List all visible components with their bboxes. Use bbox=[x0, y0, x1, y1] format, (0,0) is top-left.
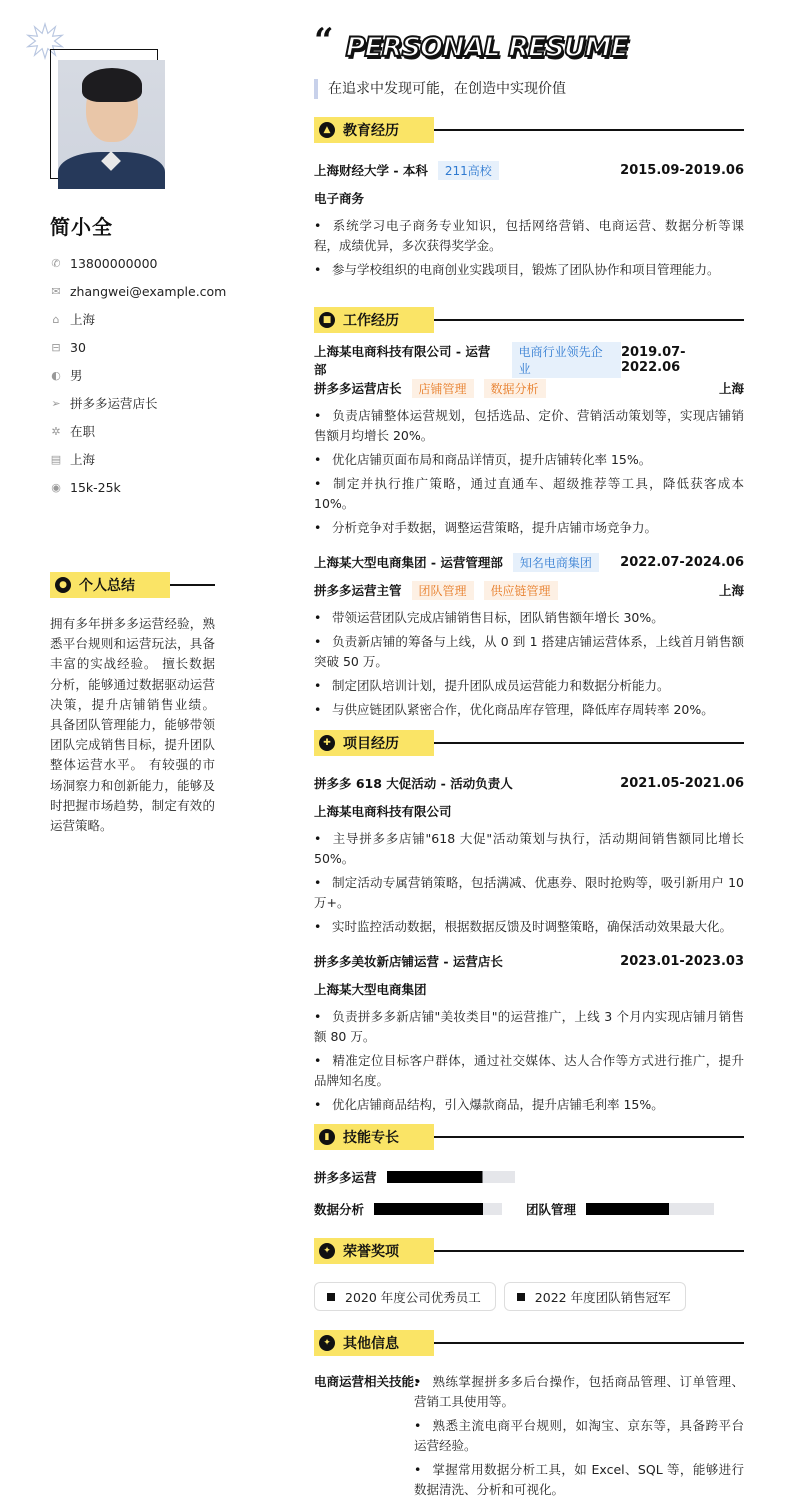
school-tag: 211高校 bbox=[438, 161, 499, 180]
salary-icon: ◉ bbox=[50, 481, 62, 493]
info-icon: ✦ bbox=[319, 1335, 335, 1351]
user-icon: ● bbox=[55, 577, 71, 593]
skill-bar bbox=[586, 1203, 714, 1215]
project-item: 拼多多 618 大促活动 - 活动负责人 2021.05-2021.06 上海某… bbox=[314, 769, 744, 937]
graduation-cap-icon: ▲ bbox=[319, 122, 335, 138]
candidate-name: 简小全 bbox=[50, 211, 113, 240]
square-bullet-icon bbox=[327, 1293, 335, 1301]
work-section: ■工作经历 上海某电商科技有限公司 - 运营部电商行业领先企业 2019.07-… bbox=[314, 307, 744, 724]
grid-icon: ✚ bbox=[319, 735, 335, 751]
divider bbox=[434, 319, 744, 321]
education-bullets: 系统学习电子商务专业知识，包括网络营销、电商运营、数据分析等课程，成绩优异，多次… bbox=[314, 216, 744, 280]
status-icon: ✲ bbox=[50, 425, 62, 437]
award-badge: 2020 年度公司优秀员工 bbox=[314, 1282, 496, 1311]
quote-mark-icon: “ bbox=[314, 26, 334, 56]
awards-list: 2020 年度公司优秀员工 2022 年度团队销售冠军 bbox=[314, 1282, 744, 1311]
home-icon: ⌂ bbox=[50, 313, 62, 325]
work-item: 上海某电商科技有限公司 - 运营部电商行业领先企业 2019.07-2022.0… bbox=[314, 346, 744, 538]
projects-section: ✚项目经历 拼多多 618 大促活动 - 活动负责人 2021.05-2021.… bbox=[314, 730, 744, 1119]
divider bbox=[170, 584, 215, 586]
info-city: ▤上海 bbox=[50, 445, 226, 473]
divider bbox=[434, 1136, 744, 1138]
skills-section: ▮技能专长 拼多多运营 数据分析 团队管理 bbox=[314, 1124, 744, 1225]
divider bbox=[434, 1250, 744, 1252]
resume-page: 简小全 ✆13800000000 ✉zhangwei@example.com ⌂… bbox=[0, 0, 794, 1509]
info-email: ✉zhangwei@example.com bbox=[50, 277, 226, 305]
info-status: ✲在职 bbox=[50, 417, 226, 445]
square-bullet-icon bbox=[517, 1293, 525, 1301]
info-phone: ✆13800000000 bbox=[50, 249, 226, 277]
info-gender: ◐男 bbox=[50, 361, 226, 389]
divider bbox=[434, 129, 744, 131]
skill-item: 拼多多运营 bbox=[314, 1161, 515, 1193]
education-item: 上海财经大学 - 本科211高校 2015.09-2019.06 电子商务 系统… bbox=[314, 156, 744, 280]
info-position: ➢拼多多运营店长 bbox=[50, 389, 226, 417]
position-icon: ➢ bbox=[50, 397, 62, 409]
phone-icon: ✆ bbox=[50, 257, 62, 269]
other-info: 电商运营相关技能: 熟练掌握拼多多后台操作，包括商品管理、订单管理、营销工具使用… bbox=[314, 1372, 744, 1504]
work-item: 上海某大型电商集团 - 运营管理部知名电商集团 2022.07-2024.06 … bbox=[314, 548, 744, 720]
left-column: 简小全 ✆13800000000 ✉zhangwei@example.com ⌂… bbox=[50, 0, 220, 26]
email-icon: ✉ bbox=[50, 285, 62, 297]
motto: 在追求中发现可能，在创造中实现价值 bbox=[314, 79, 566, 99]
divider bbox=[434, 742, 744, 744]
award-badge: 2022 年度团队销售冠军 bbox=[504, 1282, 686, 1311]
title-text: PERSONAL RESUME bbox=[346, 32, 628, 63]
summary-text: 拥有多年拼多多运营经验，熟悉平台规则和运营玩法，具备丰富的实战经验。 擅长数据分… bbox=[50, 614, 215, 836]
resume-title: “ PERSONAL RESUME bbox=[314, 26, 628, 70]
info-age: ⊟30 bbox=[50, 333, 226, 361]
info-home: ⌂上海 bbox=[50, 305, 226, 333]
contact-info-list: ✆13800000000 ✉zhangwei@example.com ⌂上海 ⊟… bbox=[50, 249, 226, 501]
city-icon: ▤ bbox=[50, 453, 62, 465]
age-icon: ⊟ bbox=[50, 341, 62, 353]
other-section: ✦其他信息 电商运营相关技能: 熟练掌握拼多多后台操作，包括商品管理、订单管理、… bbox=[314, 1330, 744, 1504]
bar-chart-icon: ▮ bbox=[319, 1129, 335, 1145]
skills-list: 拼多多运营 数据分析 团队管理 bbox=[314, 1161, 744, 1225]
education-section: ▲教育经历 上海财经大学 - 本科211高校 2015.09-2019.06 电… bbox=[314, 117, 744, 284]
divider bbox=[434, 1342, 744, 1344]
award-icon: ✦ bbox=[319, 1243, 335, 1259]
avatar bbox=[58, 60, 165, 189]
skill-bar bbox=[387, 1171, 515, 1183]
project-item: 拼多多美妆新店铺运营 - 运营店长 2023.01-2023.03 上海某大型电… bbox=[314, 947, 744, 1115]
skill-item: 数据分析 bbox=[314, 1193, 502, 1225]
skill-bar bbox=[374, 1203, 502, 1215]
info-salary: ◉15k-25k bbox=[50, 473, 226, 501]
summary-section-header: ●个人总结 bbox=[50, 572, 215, 598]
awards-section: ✦荣誉奖项 2020 年度公司优秀员工 2022 年度团队销售冠军 bbox=[314, 1238, 744, 1311]
gender-icon: ◐ bbox=[50, 369, 62, 381]
skill-item: 团队管理 bbox=[526, 1193, 714, 1225]
briefcase-icon: ■ bbox=[319, 312, 335, 328]
